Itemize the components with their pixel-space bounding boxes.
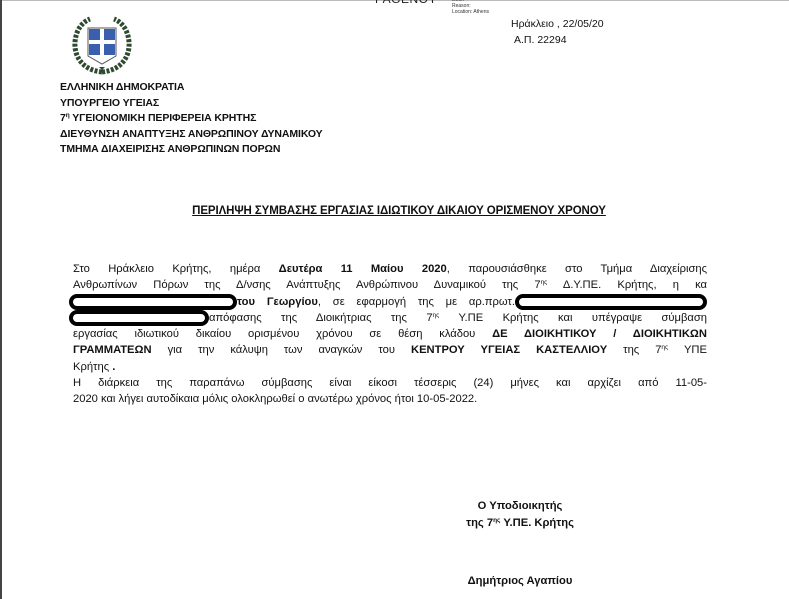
place-date: Ηράκλειο , 22/05/20: [511, 16, 604, 32]
redacted-employee-name: [69, 294, 237, 310]
body-line-duration: Η διάρκεια της παραπάνω σύμβασης είναι ε…: [73, 375, 707, 391]
letterhead-region: 7η ΥΓΕΙΟΝΟΜΙΚΗ ΠΕΡΙΦΕΡΕΙΑ ΚΡΗΤΗΣ: [60, 111, 323, 127]
redacted-protocol-number: [515, 294, 707, 310]
body-line: απόφασης της Διοικήτριας της 7ης Υ.ΠΕ Κρ…: [73, 310, 707, 326]
letterhead-country: ΕΛΛΗΝΙΚΗ ΔΗΜΟΚΡΑΤΙΑ: [60, 80, 323, 96]
letterhead-ministry: ΥΠΟΥΡΓΕΙΟ ΥΓΕΙΑΣ: [60, 96, 323, 112]
document-body: Στο Ηράκλειο Κρήτης, ημέρα Δευτέρα 11 Μα…: [73, 261, 707, 408]
protocol-number: Α.Π. 22294: [511, 32, 604, 48]
redacted-decision-ref: [69, 310, 209, 326]
body-line: εργασίας ιδιωτικού δικαίου ορισμένου χρό…: [73, 326, 707, 342]
letterhead-department: ΤΜΗΜΑ ΔΙΑΧΕΙΡΙΣΗΣ ΑΝΘΡΩΠΙΝΩΝ ΠΟΡΩΝ: [60, 142, 323, 158]
body-line: Ανθρωπίνων Πόρων της Δ/νσης Ανάπτυξης Αν…: [73, 277, 707, 293]
body-line-end-date: 2020 και λήγει αυτοδίκαια μόλις ολοκληρω…: [73, 391, 707, 407]
letterhead: ΕΛΛΗΝΙΚΗ ΔΗΜΟΚΡΑΤΙΑ ΥΠΟΥΡΓΕΙΟ ΥΓΕΙΑΣ 7η …: [60, 80, 323, 158]
signer-name: Δημήτριος Αγαπίου: [400, 575, 640, 587]
signature-stamp-details: EEST Reason: Location: Athens: [452, 0, 489, 15]
greek-coat-of-arms-icon: [70, 14, 134, 78]
body-line: του Γεωργίου, σε εφαρμογή της με αρ.πρωτ…: [73, 294, 707, 310]
signature-signer-fragment: PAGENOY: [375, 0, 437, 6]
signoff-role: Ο Υποδιοικητής: [400, 498, 640, 515]
document-title: ΠΕΡΙΛΗΨΗ ΣΥΜΒΑΣΗΣ ΕΡΓΑΣΙΑΣ ΙΔΙΩΤΙΚΟΥ ΔΙΚ…: [0, 205, 789, 217]
signature-location: Location: Athens: [452, 9, 489, 15]
body-line: Κρήτης .: [73, 359, 707, 375]
letterhead-directorate: ΔΙΕΥΘΥΝΣΗ ΑΝΑΠΤΥΞΗΣ ΑΝΘΡΩΠΙΝΟΥ ΔΥΝΑΜΙΚΟΥ: [60, 127, 323, 143]
body-line: Στο Ηράκλειο Κρήτης, ημέρα Δευτέρα 11 Μα…: [73, 261, 707, 277]
page-left-edge: [0, 0, 2, 599]
place-date-block: Ηράκλειο , 22/05/20 Α.Π. 22294: [511, 16, 604, 48]
signoff-organization: της 7ης Υ.ΠΕ. Κρήτης: [400, 515, 640, 532]
signoff-block: Ο Υποδιοικητής της 7ης Υ.ΠΕ. Κρήτης: [400, 498, 640, 532]
body-line: ΓΡΑΜΜΑΤΕΩΝ για την κάλυψη των αναγκών το…: [73, 342, 707, 358]
